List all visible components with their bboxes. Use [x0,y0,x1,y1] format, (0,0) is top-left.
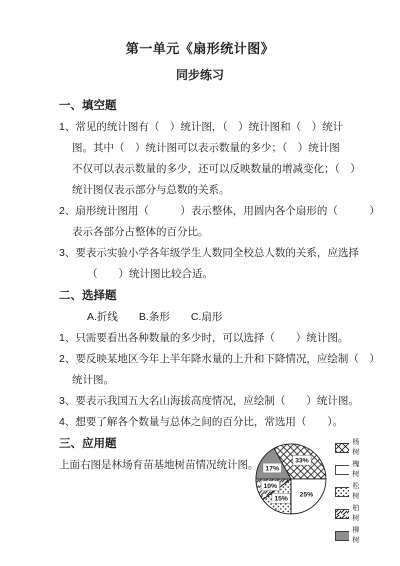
legend-label: 槐树 [352,460,366,480]
section2-heading: 二、选择题 [59,286,366,307]
section3: 三、应用题 上面右图是林场育苗基地树苗情况统计图。 33%2 [59,434,366,476]
s1-q1-line1: 1、常见的统计图有（ ）统计图，（ ）统计图和（ ）统计 [59,117,366,138]
s2-options: A.折线 B.条形 C.扇形 [59,307,366,328]
s2-q1: 1、只需要看出各种数量的多少时，可以选择（ ）统计图。 [59,328,366,349]
s1-q2-line1: 2、扇形统计图用（ ）表示整体，用圆内各个扇形的（ ） [59,201,366,222]
s1-q3-line2: （ ）统计图比较合适。 [59,264,366,285]
page-title: 第一单元《扇形统计图》 [34,40,366,58]
legend-item-杨树: 杨树 [335,438,366,458]
s2-q3: 3、要表示我国五大名山海拔高度情况，应绘制（ ）统计图。 [59,391,366,412]
pie-slice-percentage: 17% [265,465,279,472]
section1-heading: 一、填空题 [59,96,366,117]
s1-q1-line2: 图。其中（ ）统计图可以表示数量的多少；（ ）统计图 [59,138,366,159]
legend-swatch-icon [335,487,350,497]
pie-slice-percentage: 33% [295,458,309,465]
s1-q1-line3: 不仅可以表示数量的多少，还可以反映数量的增减变化；（ ） [59,159,366,180]
pie-legend: 杨树槐树松树柏树柳树 [335,436,366,546]
legend-item-柏树: 柏树 [335,504,366,524]
worksheet-page: 第一单元《扇形统计图》 同步练习 一、填空题 1、常见的统计图有（ ）统计图，（… [0,0,400,566]
pie-slice-percentage: 25% [300,492,314,499]
legend-swatch-icon [335,465,350,475]
s1-q2-line2: 表示各部分占整体的百分比。 [59,222,366,243]
legend-label: 柳树 [352,526,366,546]
legend-swatch-icon [335,531,350,541]
pie-slice-percentage: 15% [274,496,288,503]
s2-q2-line1: 2、要反映某地区今年上半年降水量的上升和下降情况，应绘制（ ） [59,349,366,370]
pie-chart-figure: 33%25%15%10%17% [253,436,330,520]
legend-label: 柏树 [352,504,366,524]
legend-item-松树: 松树 [335,482,366,502]
legend-item-柳树: 柳树 [335,526,366,546]
s1-q3-line1: 3、要表示实验小学各年级学生人数同全校总人数的关系，应选择 [59,243,366,264]
legend-swatch-icon [335,443,350,453]
legend-label: 松树 [352,482,366,502]
page-subtitle: 同步练习 [34,67,366,83]
page-header: 第一单元《扇形统计图》 同步练习 [34,40,366,83]
tree-seedling-pie-chart: 33%25%15%10%17% 杨树槐树松树柏树柳树 [253,436,366,546]
legend-swatch-icon [335,509,350,519]
s2-q4: 4、想要了解各个数量与总体之间的百分比，常选用（ ）。 [59,412,366,433]
s1-q1-line4: 统计图仅表示部分与总数的关系。 [59,180,366,201]
s2-q2-line2: 统计图。 [59,370,366,391]
legend-label: 杨树 [352,438,366,458]
legend-item-槐树: 槐树 [335,460,366,480]
pie-slices [256,444,326,514]
pie-slice-percentage: 10% [264,483,278,490]
